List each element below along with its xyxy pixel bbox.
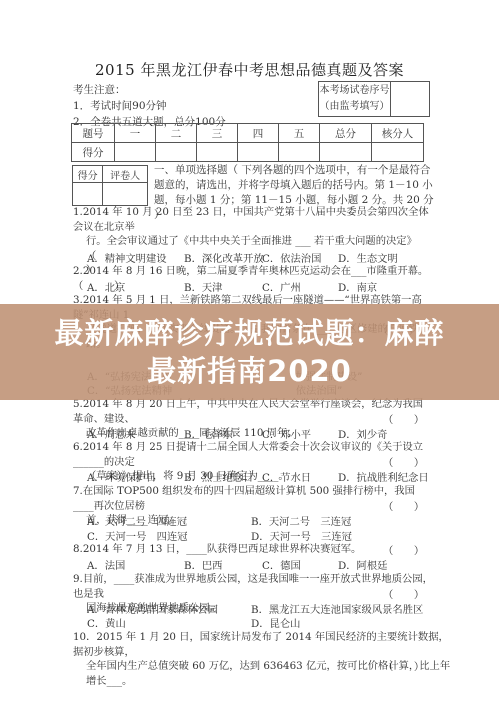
- notes-heading: 考生注意：: [73, 82, 226, 98]
- question-2-options: A．北京B．天津C．广州D．南京: [87, 279, 377, 294]
- exam-page: 2015 年黑龙江伊春中考思想品德真题及答案 考生注意： 1．考试时间90分钟 …: [0, 0, 499, 706]
- question-1-options: A．精神文明建设B．深化改革开放C．依法治国D．生态文明: [87, 250, 398, 265]
- question-7-options-row1: A．天河二号 四连冠B．天河二号 三连冠: [87, 513, 351, 528]
- score-header-row: 题号 一 二 三 四 五 总分 核分人: [72, 124, 424, 143]
- serial-number-box: 本考场试卷序号 （由监考填写）: [318, 81, 430, 117]
- question-9-answer-paren: （ ）: [383, 586, 424, 601]
- score-value-row: 得分: [72, 143, 424, 162]
- question-7-answer-paren: （ ）: [383, 498, 424, 513]
- question-5-options: A．周恩来B．毛泽东C．邓小平D．刘少奇: [87, 426, 387, 441]
- banner-headline: 最新麻醉诊疗规范试题：麻醉 最新指南2020: [0, 304, 499, 390]
- question-7-options-row2: C．天河一号 四连冠D．天河一号 三连冠: [87, 528, 352, 543]
- score-table: 题号 一 二 三 四 五 总分 核分人 得分: [71, 123, 424, 162]
- grader-table: 得分 评卷人: [72, 165, 148, 206]
- question-10-answer-paren: （ ）: [383, 658, 424, 673]
- question-6-options: A．环境保护日B．烈士纪念日C．节水日D．抗战胜利纪念日: [87, 469, 429, 484]
- serial-label: 本考场试卷序号 （由监考填写）: [319, 82, 391, 116]
- question-10-stem: [73, 600, 433, 630]
- question-8-answer-paren: （ ）: [383, 542, 424, 557]
- note-item: 1．考试时间90分钟: [73, 98, 226, 114]
- question-8-options: A．法国B．巴西C．德国D．阿根廷: [87, 557, 387, 572]
- serial-blank: [391, 82, 429, 116]
- question-5-answer-paren: （ ）: [383, 411, 424, 426]
- question-6-answer-paren: （ ）: [383, 454, 424, 469]
- question-8: 8.2014 年 7 月 13 日，____队获得巴西足球世界杯决赛冠军。: [73, 542, 433, 557]
- exam-title: 2015 年黑龙江伊春中考思想品德真题及答案: [0, 59, 499, 80]
- headline-banner: 最新麻醉诊疗规范试题：麻醉 最新指南2020: [0, 304, 499, 400]
